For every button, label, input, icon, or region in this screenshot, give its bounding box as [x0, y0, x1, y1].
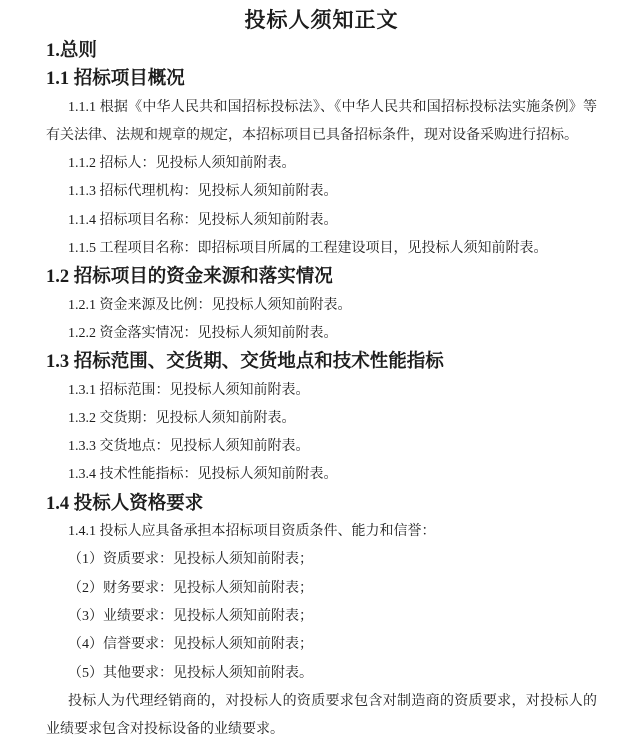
- clause-paragraph-1-1-4: 1.1.4 招标项目名称：见投标人须知前附表。: [46, 207, 597, 235]
- requirement-item-4: （4）信誉要求：见投标人须知前附表；: [46, 631, 597, 659]
- subsection-heading-1-1: 1.1 招标项目概况: [46, 65, 597, 93]
- section-heading-general: 1.总则: [46, 37, 597, 65]
- clause-paragraph-1-3-2: 1.3.2 交货期：见投标人须知前附表。: [46, 405, 597, 433]
- clause-paragraph-1-4-1: 1.4.1 投标人应具备承担本招标项目资质条件、能力和信誉：: [46, 518, 597, 546]
- clause-paragraph-1-2-1: 1.2.1 资金来源及比例：见投标人须知前附表。: [46, 292, 597, 320]
- requirement-item-1: （1）资质要求：见投标人须知前附表；: [46, 546, 597, 574]
- clause-paragraph-1-1-3: 1.1.3 招标代理机构：见投标人须知前附表。: [46, 178, 597, 206]
- clause-paragraph-1-1-1: 1.1.1 根据《中华人民共和国招标投标法》、《中华人民共和国招标投标法实施条例…: [46, 94, 597, 151]
- subsection-heading-1-3: 1.3 招标范围、交货期、交货地点和技术性能指标: [46, 348, 597, 376]
- requirement-item-5: （5）其他要求：见投标人须知前附表。: [46, 660, 597, 688]
- clause-paragraph-1-1-5: 1.1.5 工程项目名称：即招标项目所属的工程建设项目，见投标人须知前附表。: [46, 235, 597, 263]
- clause-paragraph-1-3-4: 1.3.4 技术性能指标：见投标人须知前附表。: [46, 461, 597, 489]
- subsection-heading-1-4: 1.4 投标人资格要求: [46, 490, 597, 518]
- clause-paragraph-1-1-2: 1.1.2 招标人：见投标人须知前附表。: [46, 150, 597, 178]
- document-page: 投标人须知正文 1.总则 1.1 招标项目概况 1.1.1 根据《中华人民共和国…: [0, 0, 637, 748]
- clause-paragraph-1-3-1: 1.3.1 招标范围：见投标人须知前附表。: [46, 377, 597, 405]
- clause-paragraph-1-2-2: 1.2.2 资金落实情况：见投标人须知前附表。: [46, 320, 597, 348]
- requirement-item-2: （2）财务要求：见投标人须知前附表；: [46, 575, 597, 603]
- document-title: 投标人须知正文: [46, 3, 597, 37]
- subsection-heading-1-2: 1.2 招标项目的资金来源和落实情况: [46, 263, 597, 291]
- paragraph-dealer-note: 投标人为代理经销商的，对投标人的资质要求包含对制造商的资质要求，对投标人的业绩要…: [46, 688, 597, 745]
- clause-paragraph-1-3-3: 1.3.3 交货地点：见投标人须知前附表。: [46, 433, 597, 461]
- requirement-item-3: （3）业绩要求：见投标人须知前附表；: [46, 603, 597, 631]
